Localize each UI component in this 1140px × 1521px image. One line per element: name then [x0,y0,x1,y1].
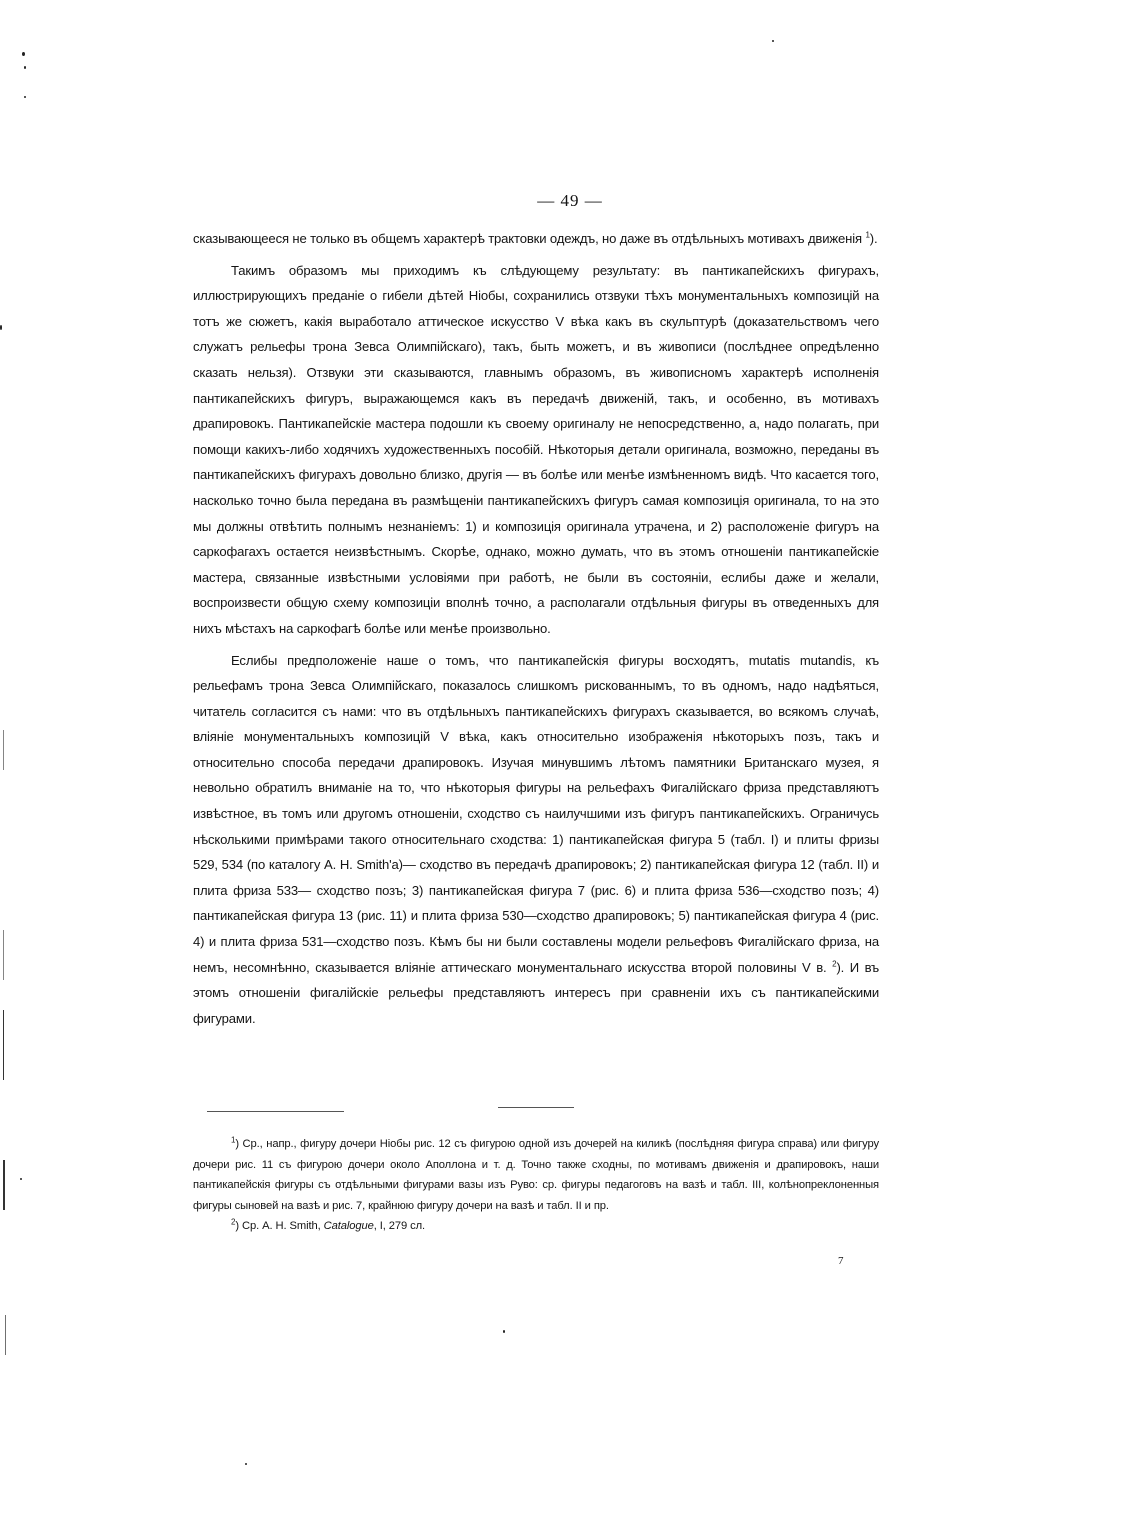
paragraph-text: Еслибы предположеніе наше о томъ, что па… [193,653,879,975]
scan-speck [22,52,25,56]
scan-edge-mark [3,1010,4,1080]
paragraph-text: сказывающееся не только въ общемъ характ… [193,231,862,246]
scan-speck [24,96,26,98]
scan-edge-mark [3,1160,5,1210]
scan-speck [24,66,26,69]
footnote-text: ) Ср., напр., фигуру дочери Ніобы рис. 1… [193,1138,879,1212]
scan-speck [20,1178,22,1180]
scan-edge-mark [5,1315,6,1355]
scan-speck [503,1330,505,1333]
footnote-separator-rule [207,1111,344,1112]
scan-speck [0,325,2,330]
scan-speck [772,40,774,42]
footnote-1: 1) Ср., напр., фигуру дочери Ніобы рис. … [193,1134,879,1216]
printer-signature-mark: 7 [838,1255,844,1267]
footnotes: 1) Ср., напр., фигуру дочери Ніобы рис. … [193,1134,879,1237]
scan-speck [245,1463,247,1465]
scan-edge-mark [3,930,4,980]
footnote-italic-title: Catalogue [324,1220,374,1232]
page-number: — 49 — [0,191,1140,211]
section-end-rule [498,1107,574,1108]
body-text: сказывающееся не только въ общемъ характ… [193,226,879,1037]
paragraph-tail: ). [870,231,878,246]
paragraph-continuation: сказывающееся не только въ общемъ характ… [193,226,879,252]
footnote-text: ) Ср. A. H. Smith, [235,1220,323,1232]
scan-edge-mark [3,730,4,770]
footnote-2: 2) Ср. A. H. Smith, Catalogue, I, 279 сл… [193,1216,879,1237]
paragraph-text: Такимъ образомъ мы приходимъ къ слѣдующе… [193,263,879,636]
paragraph-conclusion: Такимъ образомъ мы приходимъ къ слѣдующе… [193,258,879,642]
footnote-text-end: , I, 279 сл. [374,1220,425,1232]
paragraph-phigalian-frieze: Еслибы предположеніе наше о томъ, что па… [193,648,879,1032]
